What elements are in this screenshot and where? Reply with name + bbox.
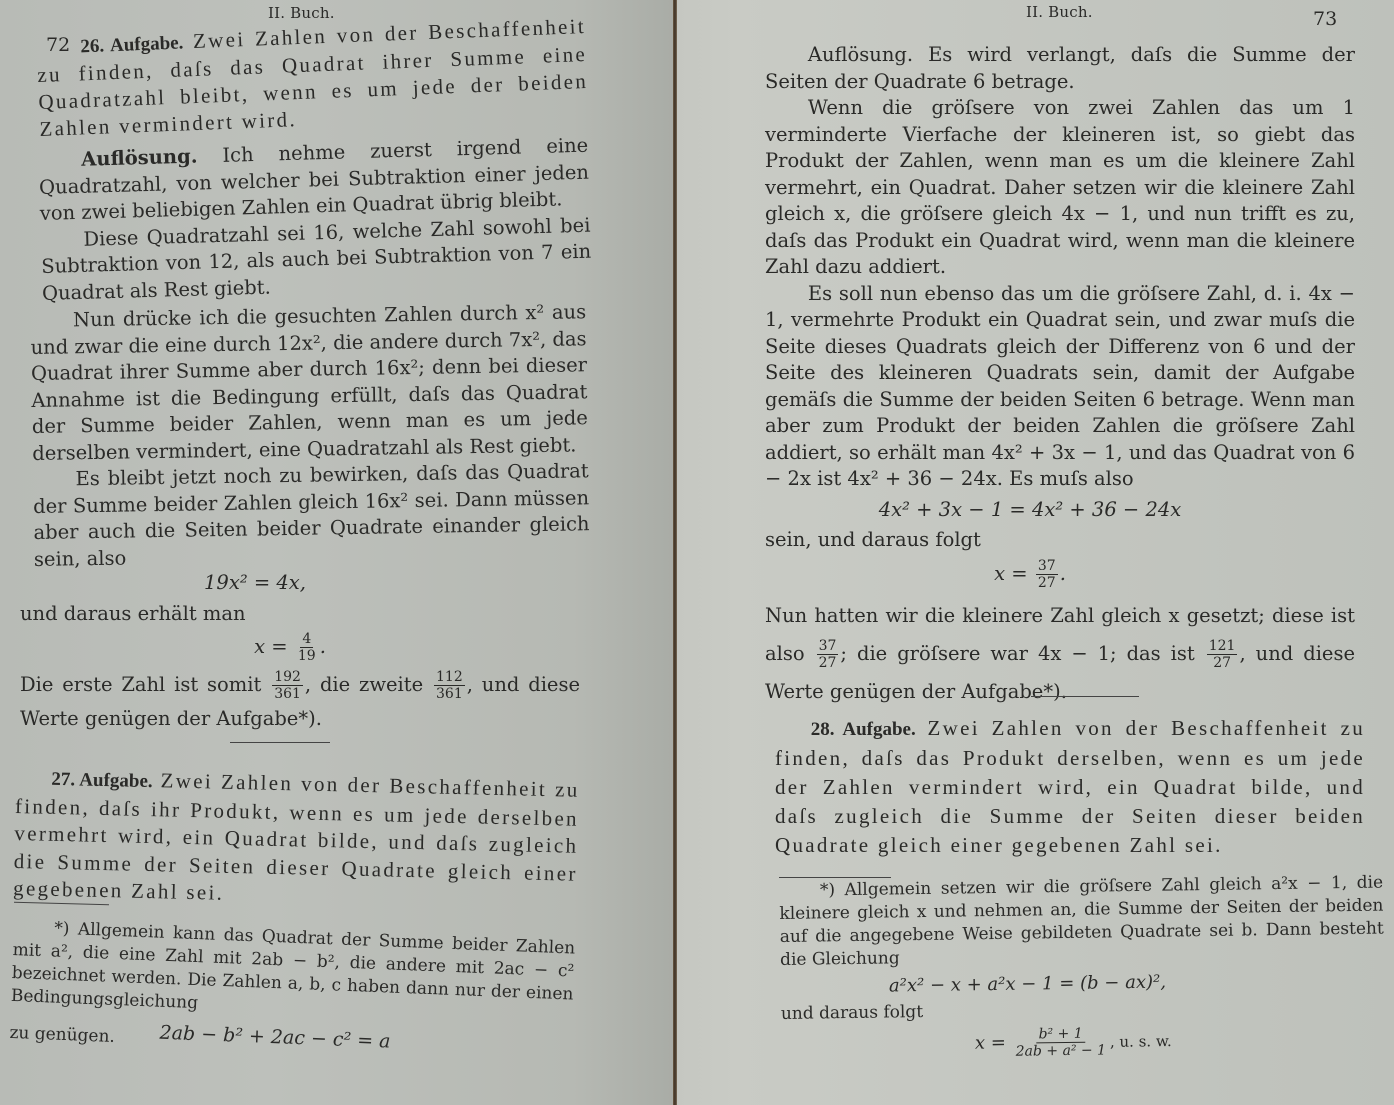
footnote-text: *) Allgemein setzen wir die gröſsere Zah…	[779, 872, 1384, 972]
problem-26-result: 19x² = 4x, und daraus erhält man x = 4 1…	[20, 566, 580, 736]
equation: 2ab − b² + 2ac − c² = a	[159, 1022, 391, 1054]
solution-label: Auflösung.	[81, 145, 198, 171]
footnote: *) Allgemein kann das Quadrat der Summe …	[9, 916, 576, 1073]
section-divider	[1031, 696, 1139, 697]
paragraph: Es soll nun ebenso das um die gröſsere Z…	[765, 281, 1355, 493]
fraction: b² + 1 2ab + a² − 1	[1013, 1025, 1108, 1059]
footnote-tail: zu genügen.	[9, 1022, 115, 1049]
result-text: Nun hatten wir die kleinere Zahl gleich …	[765, 597, 1355, 711]
connector-text: und daraus folgt	[781, 995, 1385, 1026]
equation: a²x² − x + a²x − 1 = (b − ax)²,	[780, 968, 1384, 999]
book-spread: II. Buch. 72 26. Aufgabe. Zwei Zahlen vo…	[0, 0, 1394, 1105]
paragraph: Diese Quadratzahl sei 16, welche Zahl so…	[40, 212, 592, 307]
problem-label: 26. Aufgabe.	[80, 32, 184, 57]
problem-26-statement: 26. Aufgabe. Zwei Zahlen von der Beschaf…	[36, 13, 590, 143]
left-page: II. Buch. 72 26. Aufgabe. Zwei Zahlen vo…	[0, 0, 674, 1105]
problem-26-solution-body: Nun drücke ich die gesuchten Zahlen durc…	[30, 299, 590, 573]
problem-27-statement: 27. Aufgabe. Zwei Zahlen von der Beschaf…	[13, 764, 580, 915]
connector-text: und daraus erhält man	[20, 601, 580, 628]
paragraph: Es bleibt jetzt noch zu bewirken, daſs d…	[32, 458, 590, 573]
problem-26-solution-intro: Auflösung. Ich nehme zuerst irgend eine …	[38, 133, 592, 307]
problem-label: 28. Aufgabe.	[811, 719, 916, 740]
result-text: Die erste Zahl ist somit 192 361 , die z…	[20, 668, 580, 736]
equation: x = 37 27 .	[765, 558, 1355, 591]
solution-label: Auflösung.	[808, 43, 913, 66]
equation: 19x² = 4x,	[20, 570, 580, 597]
fraction: 192 361	[272, 669, 303, 702]
page-number: 73	[1313, 8, 1337, 30]
problem-28-statement: 28. Aufgabe. Zwei Zahlen von der Beschaf…	[775, 714, 1365, 860]
paragraph: Nun drücke ich die gesuchten Zahlen durc…	[30, 299, 588, 467]
equation: x = 4 19 .	[20, 631, 580, 664]
paragraph: Wenn die gröſsere von zwei Zahlen das um…	[765, 95, 1355, 281]
equation: x = b² + 1 2ab + a² − 1 , u. s. w.	[781, 1022, 1385, 1063]
equation: 4x² + 3x − 1 = 4x² + 36 − 24x	[765, 497, 1355, 524]
right-page: II. Buch. 73 Auflösung. Es wird verlangt…	[677, 0, 1394, 1105]
running-head: II. Buch.	[1026, 3, 1093, 21]
fraction: 37 27	[1036, 558, 1058, 591]
problem-label: 27. Aufgabe.	[51, 769, 153, 792]
running-head: II. Buch.	[268, 4, 335, 22]
fraction: 121 27	[1207, 638, 1238, 671]
footnote: *) Allgemein setzen wir die gröſsere Zah…	[779, 872, 1386, 1067]
fraction: 37 27	[817, 638, 839, 671]
connector-text: sein, und daraus folgt	[765, 527, 1355, 554]
fraction: 112 361	[434, 669, 465, 702]
section-divider	[230, 742, 330, 743]
solution-27: Auflösung. Es wird verlangt, daſs die Su…	[765, 42, 1355, 711]
fraction: 4 19	[296, 631, 318, 664]
